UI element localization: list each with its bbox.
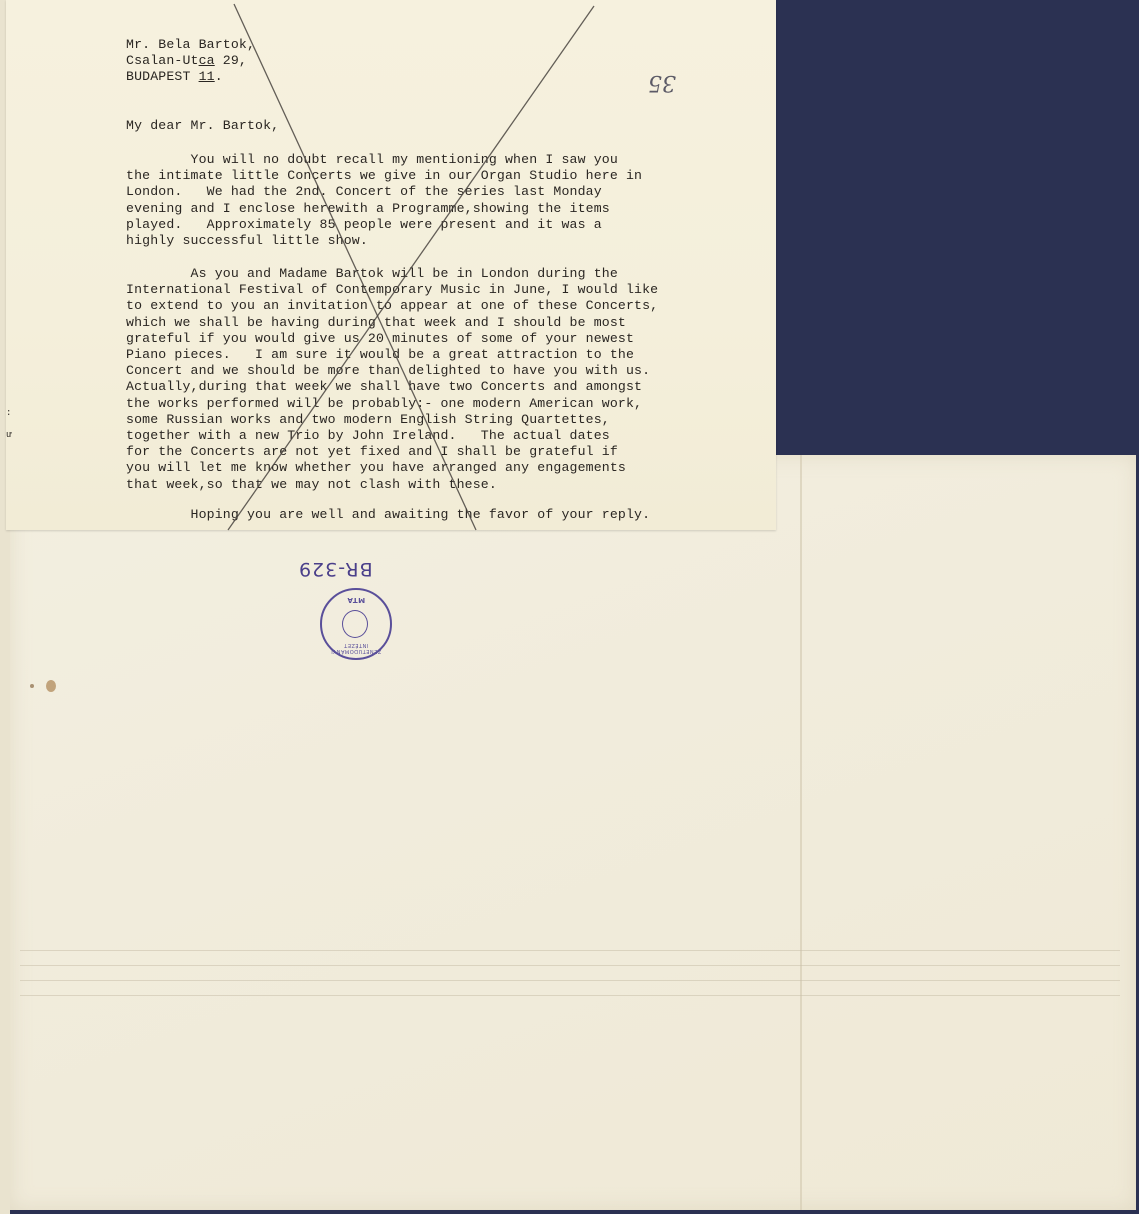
fold-line (20, 980, 1120, 981)
recipient-address: Mr. Bela Bartok, Csalan-Utca 29, BUDAPES… (126, 37, 255, 86)
fold-line (20, 950, 1120, 951)
stamp-text: ZENETUDOMÁNYI INTÉZET (328, 642, 384, 654)
salutation: My dear Mr. Bartok, (126, 118, 279, 134)
library-stamp: ZENETUDOMÁNYI INTÉZET MTA (320, 588, 392, 660)
archive-code: BR-329 (298, 558, 373, 580)
letter-page: Mr. Bela Bartok, Csalan-Utca 29, BUDAPES… (6, 0, 776, 530)
closing-line: Hoping you are well and awaiting the fav… (126, 507, 650, 523)
fold-line (20, 965, 1120, 966)
paragraph-2: As you and Madame Bartok will be in Lond… (126, 266, 658, 493)
stamp-bottom-text: MTA (328, 596, 384, 604)
folio-number: 35 (648, 70, 676, 95)
stamp-emblem-icon (342, 610, 368, 638)
paragraph-1: You will no doubt recall my mentioning w… (126, 152, 642, 249)
stain-spot (46, 680, 56, 692)
stain-spot (30, 684, 34, 688)
lower-paper-sheet (10, 455, 1136, 1210)
edge-marks: : ư (6, 408, 11, 441)
fold-line (800, 455, 802, 1210)
fold-line (20, 995, 1120, 996)
